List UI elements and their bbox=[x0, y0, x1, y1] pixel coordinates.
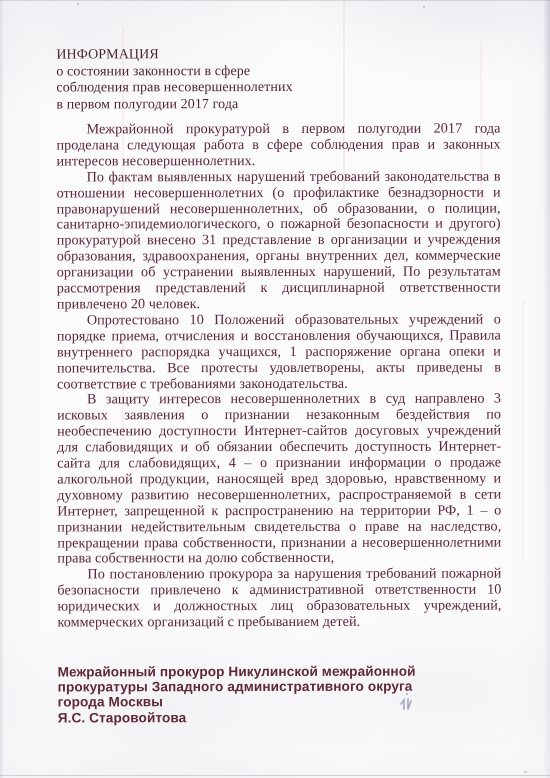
scanned-document-page: ИНФОРМАЦИЯ о состоянии законности в сфер… bbox=[0, 0, 550, 778]
title-line: в первом полугодии 2017 года bbox=[56, 96, 500, 113]
body-paragraph: Опротестовано 10 Положений образовательн… bbox=[57, 312, 501, 392]
document-title: ИНФОРМАЦИЯ о состоянии законности в сфер… bbox=[56, 47, 500, 114]
title-line: соблюдения прав несовершеннолетних bbox=[56, 80, 500, 97]
scan-edge-top bbox=[0, 0, 550, 1]
scan-speck bbox=[77, 3, 79, 5]
signature-line: Межрайонный прокурор Никулинской межрайо… bbox=[58, 664, 502, 680]
scan-edge-bottom bbox=[0, 775, 550, 776]
scan-streak bbox=[522, 300, 524, 560]
scan-edge-left bbox=[0, 0, 4, 778]
body-paragraph: По постановлению прокурора за нарушения … bbox=[57, 567, 501, 632]
signature-block: Межрайонный прокурор Никулинской межрайо… bbox=[58, 664, 502, 726]
scan-speck bbox=[423, 6, 425, 8]
title-line: о состоянии законности в сфере bbox=[56, 63, 500, 80]
body-paragraph: В защиту интересов несовершеннолетних в … bbox=[57, 392, 501, 568]
pen-mark-icon bbox=[399, 691, 415, 715]
scan-speck bbox=[524, 771, 527, 773]
scan-edge-right bbox=[543, 0, 550, 778]
document-content: ИНФОРМАЦИЯ о состоянии законности в сфер… bbox=[56, 47, 501, 726]
body-paragraph: По фактам выявленных нарушений требовани… bbox=[57, 169, 501, 313]
signature-line: города Москвы bbox=[58, 694, 502, 710]
document-body: Межрайонной прокуратурой в первом полуго… bbox=[56, 122, 501, 632]
body-paragraph: Межрайонной прокуратурой в первом полуго… bbox=[56, 122, 500, 171]
signature-line: Я.С. Старовойтова bbox=[58, 709, 502, 725]
title-line: ИНФОРМАЦИЯ bbox=[56, 47, 500, 64]
signature-line: прокуратуры Западного административного … bbox=[58, 679, 502, 695]
